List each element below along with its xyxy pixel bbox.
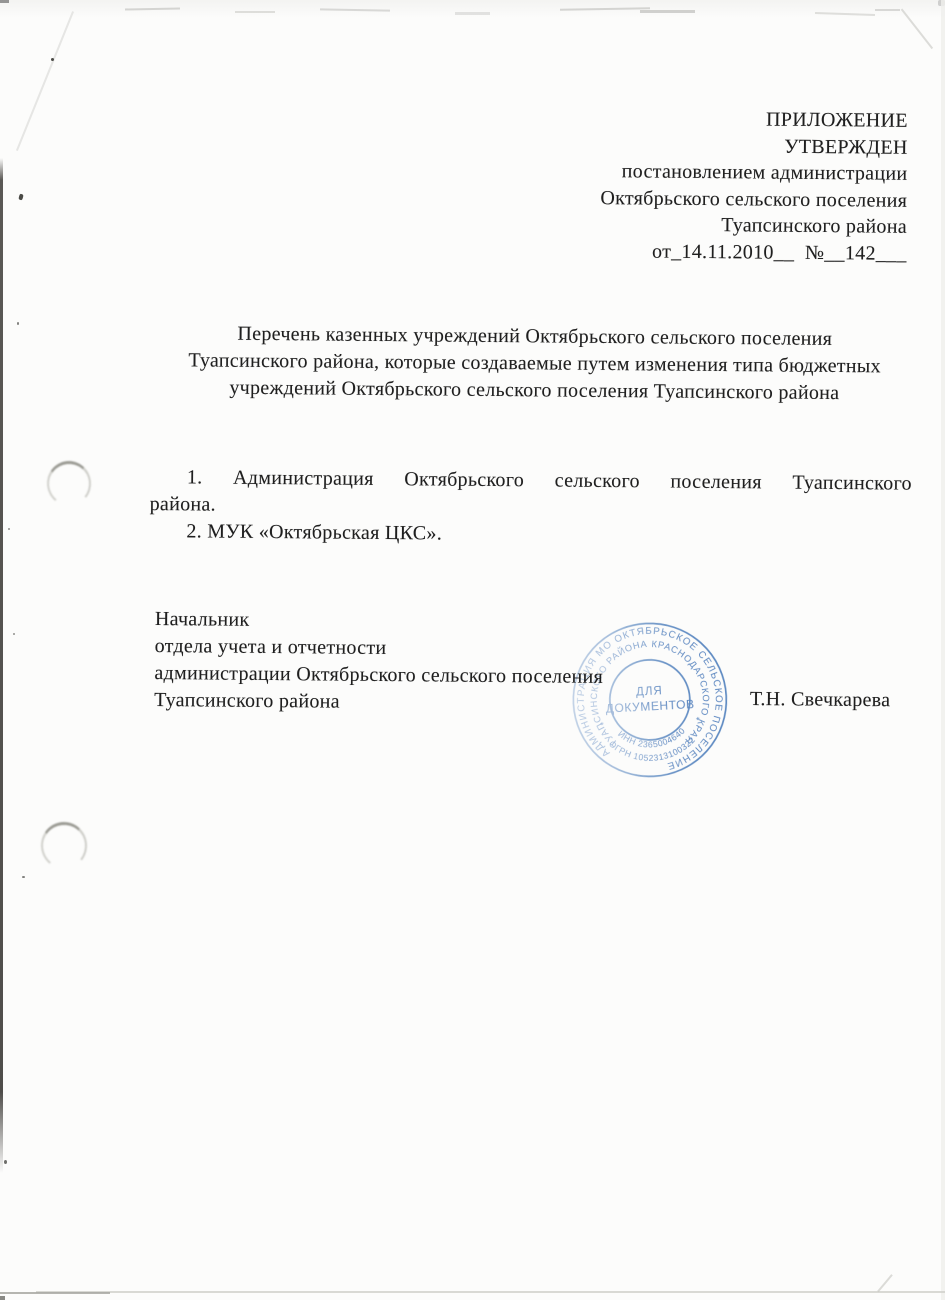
scan-edge-strip — [0, 158, 3, 1173]
header-line: Туапсинского района — [471, 210, 907, 240]
list-word: Туапсинского — [792, 470, 912, 498]
document-title: Перечень казенных учреждений Октябрьског… — [149, 320, 920, 408]
scan-speck — [17, 322, 19, 325]
scan-artifact — [938, 0, 945, 6]
scan-speck — [4, 1160, 7, 1164]
official-stamp: АДМИНИСТРАЦИЯ МО ОКТЯБРЬСКОЕ СЕЛЬСКОЕ ПО… — [550, 600, 750, 800]
paper-bottom-edge — [36, 1291, 945, 1293]
scan-artifact — [815, 12, 875, 16]
scan-artifact — [875, 9, 900, 11]
approval-header: ПРИЛОЖЕНИЕ УТВЕРЖДЕН постановлением адми… — [471, 104, 908, 267]
hole-punch-mark — [39, 820, 90, 872]
scan-speck — [22, 876, 25, 878]
header-line: постановлением администрации — [471, 157, 907, 187]
stamp-graphic: АДМИНИСТРАЦИЯ МО ОКТЯБРЬСКОЕ СЕЛЬСКОЕ ПО… — [550, 600, 750, 800]
scan-artifact — [0, 0, 9, 3]
scan-artifact — [455, 12, 490, 15]
paper-bottom-edge — [0, 1292, 110, 1294]
list-word: Октябрьского — [404, 466, 524, 494]
scan-artifact — [125, 8, 180, 11]
stamp-center-text: ДОКУМЕНТОВ — [605, 697, 695, 716]
stamp-star-left: * — [600, 720, 605, 731]
scan-artifact — [0, 1296, 5, 1300]
list-word: поселения — [670, 469, 762, 497]
paper-edge-line — [16, 11, 74, 151]
scan-speck — [51, 58, 54, 61]
list-word: Администрация — [233, 465, 374, 493]
scan-artifact — [235, 11, 275, 13]
scanned-document-page: ПРИЛОЖЕНИЕ УТВЕРЖДЕН постановлением адми… — [0, 0, 945, 1300]
header-date-number-line: от_14.11.2010__ №__142___ — [471, 237, 907, 267]
paper-corner-line — [901, 9, 933, 49]
header-line: ПРИЛОЖЕНИЕ — [472, 104, 908, 134]
list-word: 1. — [187, 464, 203, 491]
scan-speck — [18, 194, 23, 201]
institutions-list: 1. Администрация Октябрьского сельского … — [149, 464, 912, 552]
stamp-center-text: ДЛЯ — [636, 685, 663, 698]
list-word: сельского — [555, 468, 640, 496]
scan-artifact — [877, 1274, 892, 1292]
header-line: УТВЕРЖДЕН — [472, 131, 908, 161]
scan-artifact — [320, 8, 390, 11]
scan-speck — [13, 633, 15, 635]
header-line: Октябрьского сельского поселения — [471, 184, 907, 214]
scan-edge-strip — [941, 0, 945, 1300]
signatory-name: Т.Н. Свечкарева — [750, 688, 891, 712]
scan-speck — [8, 528, 10, 530]
title-line: учреждений Октябрьского сельского поселе… — [149, 374, 919, 408]
scan-artifact — [560, 7, 650, 11]
hole-punch-mark — [45, 459, 93, 508]
scan-artifact — [640, 10, 695, 13]
list-item-2: 2. МУК «Октябрьская ЦКС». — [149, 518, 911, 552]
